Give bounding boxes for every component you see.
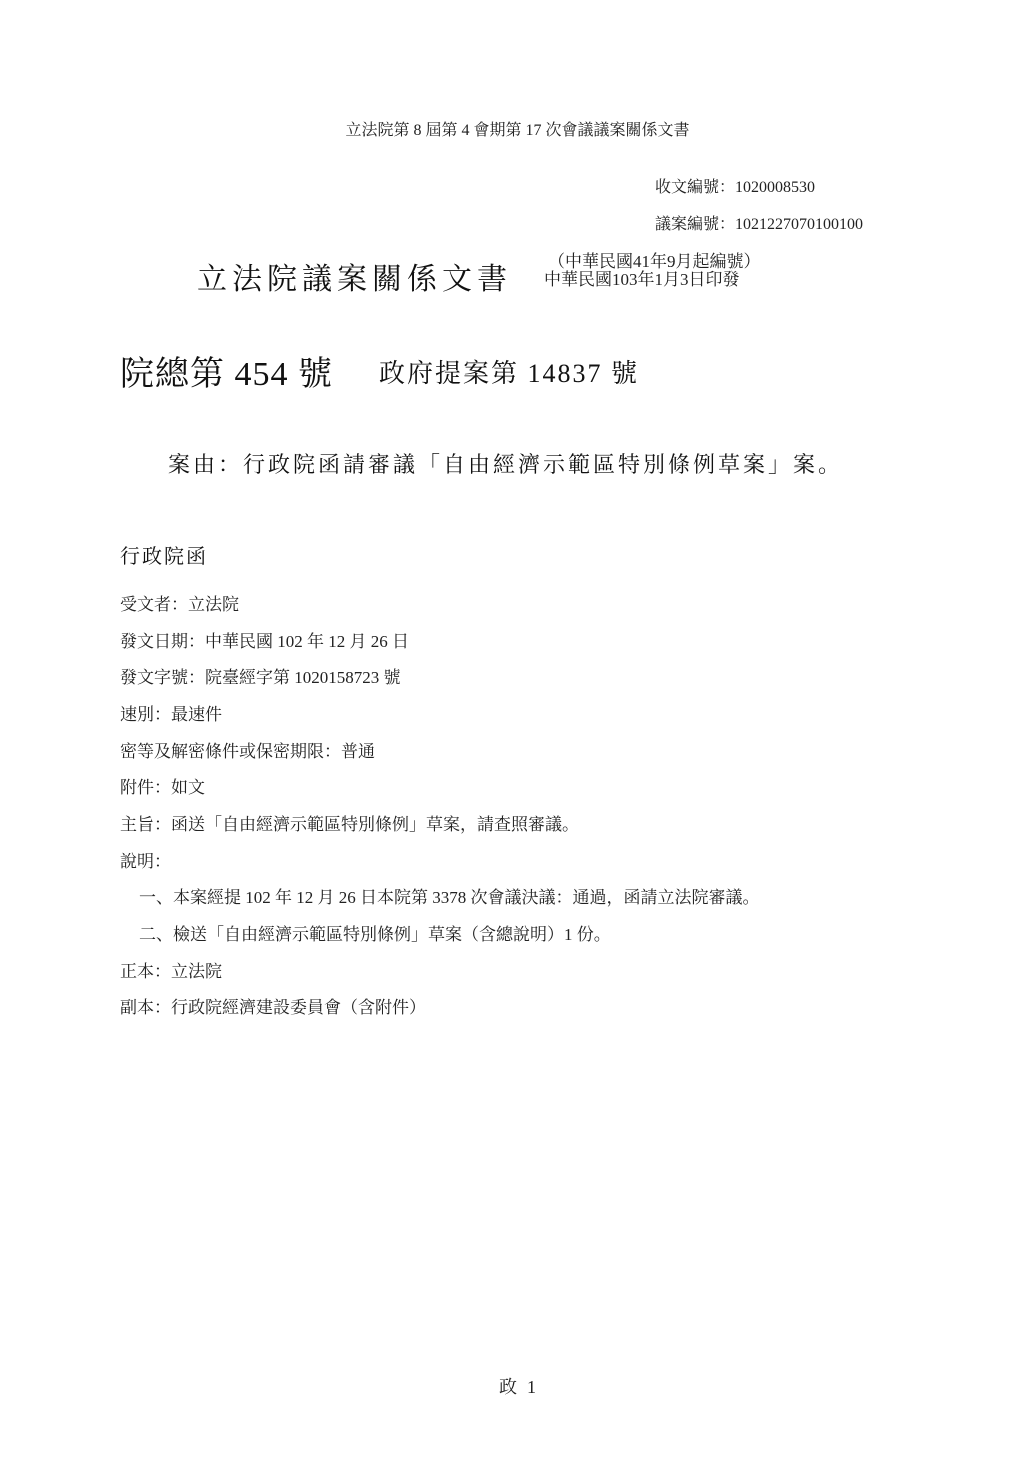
government-proposal-number: 政府提案第 14837 號 (379, 353, 639, 390)
field-issue-date: 發文日期：中華民國 102 年 12 月 26 日 (120, 627, 409, 652)
field-value: 行政院經濟建設委員會（含附件） (171, 998, 426, 1017)
field-urgency: 速別：最速件 (120, 700, 222, 725)
field-attachment: 附件：如文 (120, 773, 205, 798)
receipt-number-value: 1020008530 (735, 179, 815, 196)
field-label: 發文日期： (120, 632, 205, 651)
field-label: 發文字號： (120, 668, 205, 687)
general-number: 院總第 454 號 (120, 346, 333, 395)
field-value: 普通 (341, 742, 375, 761)
field-value: 中華民國 102 年 12 月 26 日 (205, 632, 409, 651)
field-label: 密等及解密條件或保密期限： (120, 742, 341, 761)
field-label: 說明： (120, 852, 171, 871)
field-value: 如文 (171, 778, 205, 797)
explanation-item-1: 一、本案經提 102 年 12 月 26 日本院第 3378 次會議決議：通過，… (120, 883, 760, 908)
page-prefix: 政 (499, 1377, 517, 1397)
field-label: 速別： (120, 705, 171, 724)
bill-number: 議案編號：1021227070100100 (655, 211, 863, 234)
field-label: 附件： (120, 778, 171, 797)
field-document-number: 發文字號：院臺經字第 1020158723 號 (120, 663, 401, 688)
case-subject: 案由：行政院函請審議「自由經濟示範區特別條例草案」案。 (168, 448, 843, 479)
field-classification: 密等及解密條件或保密期限：普通 (120, 737, 375, 762)
bill-number-label: 議案編號： (655, 216, 735, 233)
numbering-note: （中華民國41年9月起編號） (544, 253, 761, 271)
explanation-item-2: 二、檢送「自由經濟示範區特別條例」草案（含總說明）1 份。 (120, 920, 611, 945)
page-number: 政1 (0, 1373, 1035, 1399)
receipt-number-label: 收文編號： (655, 179, 735, 196)
field-value: 立法院 (188, 595, 239, 614)
field-explanation: 說明： (120, 847, 171, 872)
field-value: 函送「自由經濟示範區特別條例」草案，請查照審議。 (171, 815, 579, 834)
page-number-value: 1 (527, 1377, 536, 1397)
field-original-to: 正本：立法院 (120, 957, 222, 982)
letter-title: 行政院函 (120, 540, 208, 569)
print-date: 中華民國103年1月3日印發 (544, 271, 761, 289)
print-info: （中華民國41年9月起編號） 中華民國103年1月3日印發 (544, 253, 761, 289)
field-purpose: 主旨：函送「自由經濟示範區特別條例」草案，請查照審議。 (120, 810, 579, 835)
field-label: 正本： (120, 962, 171, 981)
document-title: 立法院議案關係文書 (197, 254, 512, 298)
field-copy-to: 副本：行政院經濟建設委員會（含附件） (120, 993, 426, 1018)
field-label: 主旨： (120, 815, 171, 834)
field-recipient: 受文者：立法院 (120, 590, 239, 615)
field-label: 受文者： (120, 595, 188, 614)
bill-number-value: 1021227070100100 (735, 216, 863, 233)
field-label: 副本： (120, 998, 171, 1017)
session-header: 立法院第 8 屆第 4 會期第 17 次會議議案關係文書 (0, 117, 1035, 140)
field-value: 最速件 (171, 705, 222, 724)
receipt-number: 收文編號：1020008530 (655, 174, 815, 197)
field-value: 院臺經字第 1020158723 號 (205, 668, 401, 687)
field-value: 立法院 (171, 962, 222, 981)
